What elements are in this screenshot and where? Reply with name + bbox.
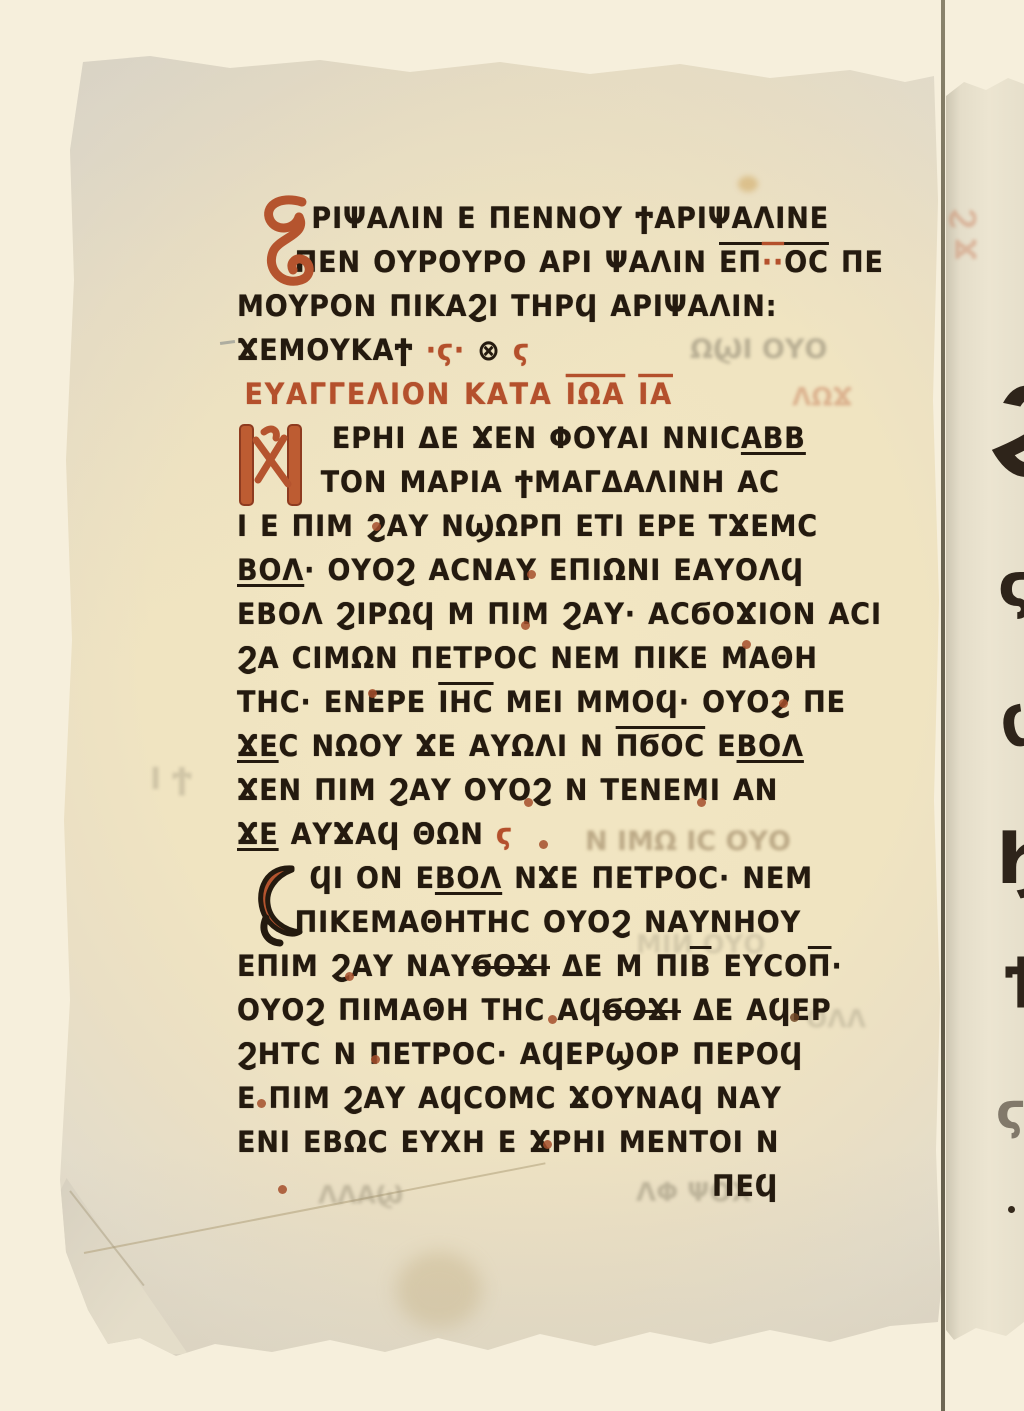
text-segment: ΙΗC [438, 685, 493, 719]
text-segment: Β [690, 949, 711, 983]
text-segment: ΒΟΛ [737, 729, 804, 763]
manuscript-scan: { "palette": { "background": "#f6efdc", … [0, 0, 1024, 1411]
text-line: ΜΟΥΡΟΝ ΠΙΚΑϨΙ ΤΗΡϤ ΑΡΙΨΑΛΙΝ: [237, 284, 851, 328]
text-segment: ϛ [496, 817, 513, 851]
edge-mark: Ϥ [997, 691, 1024, 762]
text-segment: ΔΕ ΑϤΕΡ [681, 993, 832, 1027]
text-line: ϤΙ ΟΝ ΕΒΟΛ ΝϪΕ ΠΕΤΡΟC· ΝΕΜ [237, 856, 851, 900]
edge-mark: Ϩ [983, 362, 1024, 486]
ink-dot [697, 798, 706, 807]
text-segment: ΠΕΝ ΟΥΡΟΥΡΟ ΑΡΙ ΨΑΛΙΝ [295, 245, 719, 279]
text-segment: ΠΙΚΕΜΑΘΗΤΗC ΟΥΟϨ ΝΑΥΝΗΟΥ [295, 905, 801, 939]
ink-dot [539, 840, 548, 849]
text-segment: C ΝΩΟΥ ϪΕ ΑΥΩΛΙ Ν [279, 729, 616, 763]
text-segment: ΤΗC· ΕΝΕΡΕ [237, 685, 438, 719]
edge-mark: Ϯ [1004, 946, 1024, 1009]
ink-dot [790, 1013, 799, 1022]
text-segment: ΕΒΟΛ ϨΙΡΩϤ Μ ΠΙΜ ϨΑΥ· ΑCϬΟϪΙΟΝ ΑCΙ [237, 597, 882, 631]
ink-dot [521, 621, 530, 630]
illuminated-initial-verse [246, 858, 306, 948]
text-line: ΡΙΨΑΛΙΝ Ε ΠΕΝΝΟΥ ϮΑΡΙΨΑΛΙΝΕ [237, 196, 851, 240]
ink-dot [548, 1015, 557, 1024]
text-segment: ·ϛ· [414, 333, 478, 367]
catchword-line: ΠΕϤ [237, 1164, 851, 1208]
text-segment: ΙΩΑ [566, 377, 625, 411]
text-segment: ·· [762, 245, 784, 279]
ink-dot [368, 689, 377, 698]
stain [396, 1252, 482, 1328]
text-segment: ΕΡΗΙ ΔΕ ϪΕΝ ΦΟΥΑΙ ΝΝΙC [332, 421, 741, 455]
text-segment: ΠϬΟC [616, 729, 705, 763]
text-line: ΒΟΛ· ΟΥΟϨ ΑCΝΑΥ ΕΠΙΩΝΙ ΕΑΥΟΛϤ [237, 548, 851, 592]
text-line: ϪΕC ΝΩΟΥ ϪΕ ΑΥΩΛΙ Ν ΠϬΟC ΕΒΟΛ [237, 724, 851, 768]
illuminated-initial-psalm [256, 193, 320, 293]
ink-dot [524, 798, 533, 807]
rubric-line: ΕΥΑΓΓΕΛΙΟΝ ΚΑΤΑ ΙΩΑ ΙΑ [237, 372, 851, 416]
text-segment: ΕΠ [719, 245, 762, 279]
text-segment: ΙΑ [638, 377, 673, 411]
text-segment: ΜΕΙ ΜΜΟϤ· ΟΥΟϨ ΠΕ [494, 685, 846, 719]
edge-mark: ϛ [998, 548, 1024, 621]
ink-dot [257, 1099, 266, 1108]
text-segment: ΔΕ Μ ΠΙ [550, 949, 690, 983]
text-line: ΟΥΟϨ ΠΙΜΑΘΗ ΤΗC ΑϤϬΟϪΙ ΔΕ ΑϤΕΡ [237, 988, 851, 1032]
ink-dot [278, 1185, 287, 1194]
ghost-text: Ϯ Ι [150, 762, 192, 797]
text-segment: ϨΑ CΙΜΩΝ ΠΕΤΡΟC ΝΕΜ ΠΙΚΕ ΜΑΘΗ [237, 641, 818, 675]
ink-dot [543, 1140, 552, 1149]
ink-dot [345, 972, 354, 981]
text-segment: ϨΗΤC Ν ΠΕΤΡΟC· ΑϤΕΡϢΟΡ ΠΕΡΟϤ [237, 1037, 803, 1071]
text-segment: ϬΟϪΙ [603, 993, 681, 1027]
text-segment: ΝϪΕ ΠΕΤΡΟC· ΝΕΜ [502, 861, 813, 895]
text-segment: ΕΥΑΓΓΕΛΙΟΝ ΚΑΤΑ [244, 377, 565, 411]
text-segment: Π [808, 949, 832, 983]
text-segment: ΡΙΨΑΛΙΝ Ε ΠΕΝΝΟΥ ϮΑΡΙΨΑΛΙΝΕ [311, 201, 829, 235]
text-line: ΤΗC· ΕΝΕΡΕ ΙΗC ΜΕΙ ΜΜΟϤ· ΟΥΟϨ ΠΕ [237, 680, 851, 724]
text-line: ΠΙΚΕΜΑΘΗΤΗC ΟΥΟϨ ΝΑΥΝΗΟΥ [237, 900, 851, 944]
text-line: ΕΡΗΙ ΔΕ ϪΕΝ ΦΟΥΑΙ ΝΝΙCΑΒΒ [237, 416, 851, 460]
text-segment: ΕΥCΟ [711, 949, 808, 983]
text-segment: ϪΕ [237, 817, 279, 851]
text-segment: ΕΠΙΜ ϨΑΥ ΝΑΥ [237, 949, 472, 983]
text-segment: · [831, 949, 842, 983]
text-segment: ΕΝΙ ΕΒΩC ΕΥΧΗ Ε ϪΡΗΙ ΜΕΝΤΟΙ Ν [237, 1125, 779, 1159]
text-segment: ϪΕ [237, 729, 279, 763]
stain [738, 176, 758, 192]
text-line: ΕΒΟΛ ϨΙΡΩϤ Μ ΠΙΜ ϨΑΥ· ΑCϬΟϪΙΟΝ ΑCΙ [237, 592, 851, 636]
gutter-line [941, 0, 945, 1411]
ink-dot [371, 1055, 380, 1064]
text-segment: · ΟΥΟϨ ΑCΝΑΥ ΕΠΙΩΝΙ ΕΑΥΟΛϤ [304, 553, 804, 587]
ink-dot [779, 699, 788, 708]
text-line: ϨΗΤC Ν ΠΕΤΡΟC· ΑϤΕΡϢΟΡ ΠΕΡΟϤ [237, 1032, 851, 1076]
text-segment: ΑΒΒ [741, 421, 806, 455]
text-segment: ϬΟϪΙ [472, 949, 550, 983]
text-segment: ΠΕ [829, 245, 884, 279]
text-block: ΡΙΨΑΛΙΝ Ε ΠΕΝΝΟΥ ϮΑΡΙΨΑΛΙΝΕΠΕΝ ΟΥΡΟΥΡΟ Α… [237, 196, 897, 1208]
text-segment: ϤΙ ΟΝ Ε [310, 861, 435, 895]
ink-dot [742, 640, 751, 649]
text-segment: ΤΟΝ ΜΑΡΙΑ ϮΜΑΓΔΑΛΙΝΗ ΑC [321, 465, 780, 499]
text-segment: ϪΕΜΟΥΚΑϮ [237, 333, 414, 367]
text-line: ΠΕΝ ΟΥΡΟΥΡΟ ΑΡΙ ΨΑΛΙΝ ΕΠ··ΟC ΠΕ [237, 240, 851, 284]
ink-speck [1008, 1206, 1015, 1213]
text-line: ϨΑ CΙΜΩΝ ΠΕΤΡΟC ΝΕΜ ΠΙΚΕ ΜΑΘΗ [237, 636, 851, 680]
text-segment: ⊗ [477, 333, 501, 367]
illuminated-initial-gospel [234, 420, 310, 514]
text-line: ϪΕΝ ΠΙΜ ϨΑΥ ΟΥΟϨ Ν ΤΕΝΕΜΙ ΑΝ [237, 768, 851, 812]
text-line: Ε ΠΙΜ ϨΑΥ ΑϤCΟΜC ϪΟΥΝΑϤ ΝΑΥ [237, 1076, 851, 1120]
edge-mark: ϛ [996, 1082, 1024, 1140]
text-segment: Ε [705, 729, 737, 763]
text-segment: Ε ΠΙΜ ϨΑΥ ΑϤCΟΜC ϪΟΥΝΑϤ ΝΑΥ [237, 1081, 782, 1115]
edge-mark: Ϧ [996, 816, 1024, 900]
text-segment: ϛ [501, 333, 530, 367]
text-line: ΤΟΝ ΜΑΡΙΑ ϮΜΑΓΔΑΛΙΝΗ ΑC [237, 460, 851, 504]
text-line: ϪΕ ΑΥϪΑϤ ΘΩΝ ϛ [237, 812, 851, 856]
text-segment [625, 377, 638, 411]
ink-dot [372, 522, 381, 531]
text-segment: ΟC [784, 245, 829, 279]
ghost-text: Ϩ Ϫ [948, 208, 981, 260]
text-line: ϪΕΜΟΥΚΑϮ ·ϛ· ⊗ ϛ [237, 328, 851, 372]
text-segment: ΒΟΛ [435, 861, 502, 895]
manuscript-page: ΟΥΟ ΙϢΩ ϪΩΛ Ν ΙΜΩ ΙC ΟΥΟ ϢΑΛΛ ΧΟΨ ΦΛ ΟΥΟ… [0, 0, 1024, 1411]
text-segment: ΠΕϤ [712, 1169, 778, 1203]
text-segment: ΑΥϪΑϤ ΘΩΝ [279, 817, 496, 851]
text-line: Ι Ε ΠΙΜ ϨΑΥ ΝϢΩΡΠ ΕΤΙ ΕΡΕ ΤϪΕΜC [237, 504, 851, 548]
text-line: ΕΠΙΜ ϨΑΥ ΝΑΥϬΟϪΙ ΔΕ Μ ΠΙΒ ΕΥCΟΠ· [237, 944, 851, 988]
text-segment: Ι Ε ΠΙΜ ϨΑΥ ΝϢΩΡΠ ΕΤΙ ΕΡΕ ΤϪΕΜC [237, 509, 818, 543]
text-segment: ΒΟΛ [237, 553, 304, 587]
ink-dot [527, 570, 536, 579]
text-segment: ΜΟΥΡΟΝ ΠΙΚΑϨΙ ΤΗΡϤ ΑΡΙΨΑΛΙΝ: [237, 289, 777, 323]
